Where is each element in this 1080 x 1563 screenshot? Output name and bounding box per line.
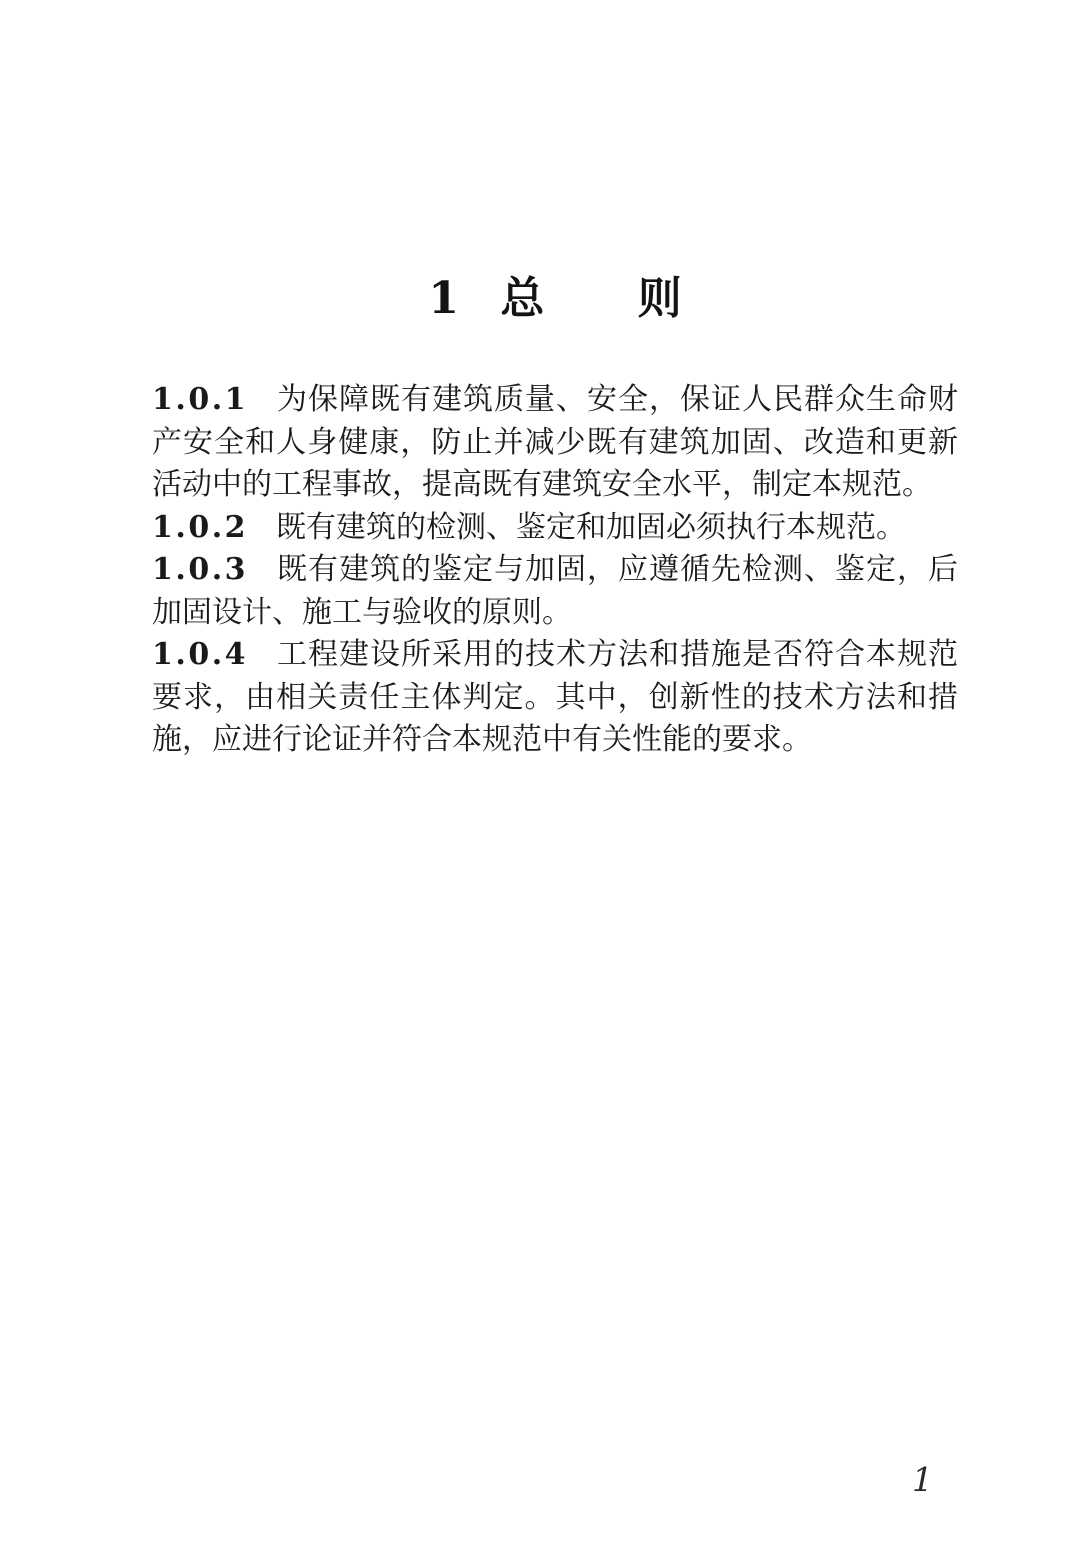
- document-page: 1 总 则 1.0.1为保障既有建筑质量、安全，保证人民群众生命财产安全和人身健…: [0, 0, 1080, 1563]
- page-number: 1: [912, 1460, 933, 1499]
- clause-1-0-4: 1.0.4工程建设所采用的技术方法和措施是否符合本规范要求，由相关责任主体判定。…: [152, 634, 958, 762]
- chapter-number: 1: [428, 273, 459, 324]
- chapter-title-word-1: 总: [500, 273, 544, 324]
- clause-text: 既有建筑的检测、鉴定和加固必须执行本规范。: [276, 510, 906, 545]
- clause-1-0-3: 1.0.3既有建筑的鉴定与加固，应遵循先检测、鉴定，后加固设计、施工与验收的原则…: [152, 549, 958, 634]
- chapter-title: 1 总 则: [152, 262, 958, 326]
- chapter-title-word-2: 则: [638, 273, 682, 324]
- clause-number: 1.0.4: [152, 637, 248, 672]
- clause-text: 为保障既有建筑质量、安全，保证人民群众生命财产安全和人身健康，防止并减少既有建筑…: [152, 382, 958, 502]
- clause-list: 1.0.1为保障既有建筑质量、安全，保证人民群众生命财产安全和人身健康，防止并减…: [152, 379, 958, 762]
- clause-number: 1.0.1: [152, 382, 248, 417]
- clause-text: 工程建设所采用的技术方法和措施是否符合本规范要求，由相关责任主体判定。其中，创新…: [152, 637, 958, 757]
- clause-1-0-2: 1.0.2既有建筑的检测、鉴定和加固必须执行本规范。: [152, 507, 958, 550]
- clause-number: 1.0.2: [152, 510, 248, 545]
- clause-text: 既有建筑的鉴定与加固，应遵循先检测、鉴定，后加固设计、施工与验收的原则。: [152, 552, 958, 630]
- clause-1-0-1: 1.0.1为保障既有建筑质量、安全，保证人民群众生命财产安全和人身健康，防止并减…: [152, 379, 958, 507]
- clause-number: 1.0.3: [152, 552, 248, 587]
